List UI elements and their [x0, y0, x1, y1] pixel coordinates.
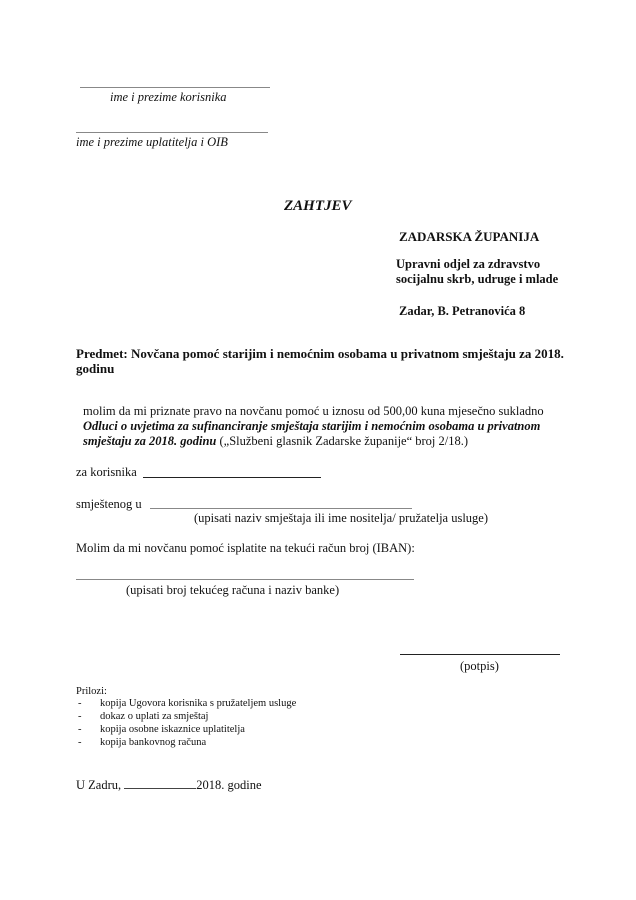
user-name-line[interactable] [80, 87, 270, 88]
place-prefix: U Zadru, [76, 778, 121, 792]
recipient-county: ZADARSKA ŽUPANIJA [399, 229, 539, 245]
subject-line-2: godinu [76, 361, 114, 377]
decision-reference: smještaju za 2018. godinu [83, 434, 216, 448]
body-line-1: molim da mi priznate pravo na novčanu po… [83, 404, 544, 419]
placement-label: smještenog u [76, 497, 142, 512]
payment-request: Molim da mi novčanu pomoć isplatite na t… [76, 541, 415, 556]
payer-label: ime i prezime uplatitelja i OIB [76, 135, 228, 150]
payer-line[interactable] [76, 132, 268, 133]
signature-label: (potpis) [460, 659, 499, 674]
beneficiary-label: za korisnika [76, 465, 137, 480]
recipient-department-1: Upravni odjel za zdravstvo [396, 257, 540, 272]
attachments-heading: Prilozi: [76, 686, 107, 697]
recipient-department-2: socijalnu skrb, udruge i mlade [396, 272, 558, 287]
beneficiary-input-line[interactable] [143, 477, 321, 478]
footer-date-line: U Zadru, 2018. godine [76, 777, 262, 793]
attachment-item: -kopija osobne iskaznice uplatitelja [78, 724, 245, 735]
subject-line-1: Predmet: Novčana pomoć starijim i nemoćn… [76, 346, 564, 362]
attachment-item: -kopija bankovnog računa [78, 737, 206, 748]
attachment-item: -dokaz o uplati za smještaj [78, 711, 208, 722]
placement-input-line[interactable] [150, 508, 412, 509]
user-name-label: ime i prezime korisnika [110, 90, 227, 105]
attachment-item: -kopija Ugovora korisnika s pružateljem … [78, 698, 296, 709]
gazette-reference: („Službeni glasnik Zadarske županije“ br… [216, 434, 468, 448]
signature-line[interactable] [400, 654, 560, 655]
account-hint: (upisati broj tekućeg računa i naziv ban… [126, 583, 339, 598]
body-line-3: smještaju za 2018. godinu („Službeni gla… [83, 434, 468, 449]
body-line-2: Odluci o uvjetima za sufinanciranje smje… [83, 419, 540, 434]
placement-hint: (upisati naziv smještaja ili ime nositel… [194, 511, 488, 526]
account-input-line[interactable] [76, 579, 414, 580]
date-input-line[interactable] [124, 777, 196, 789]
recipient-address: Zadar, B. Petranovića 8 [399, 304, 525, 319]
date-suffix: 2018. godine [196, 778, 261, 792]
document-title: ZAHTJEV [284, 198, 352, 215]
